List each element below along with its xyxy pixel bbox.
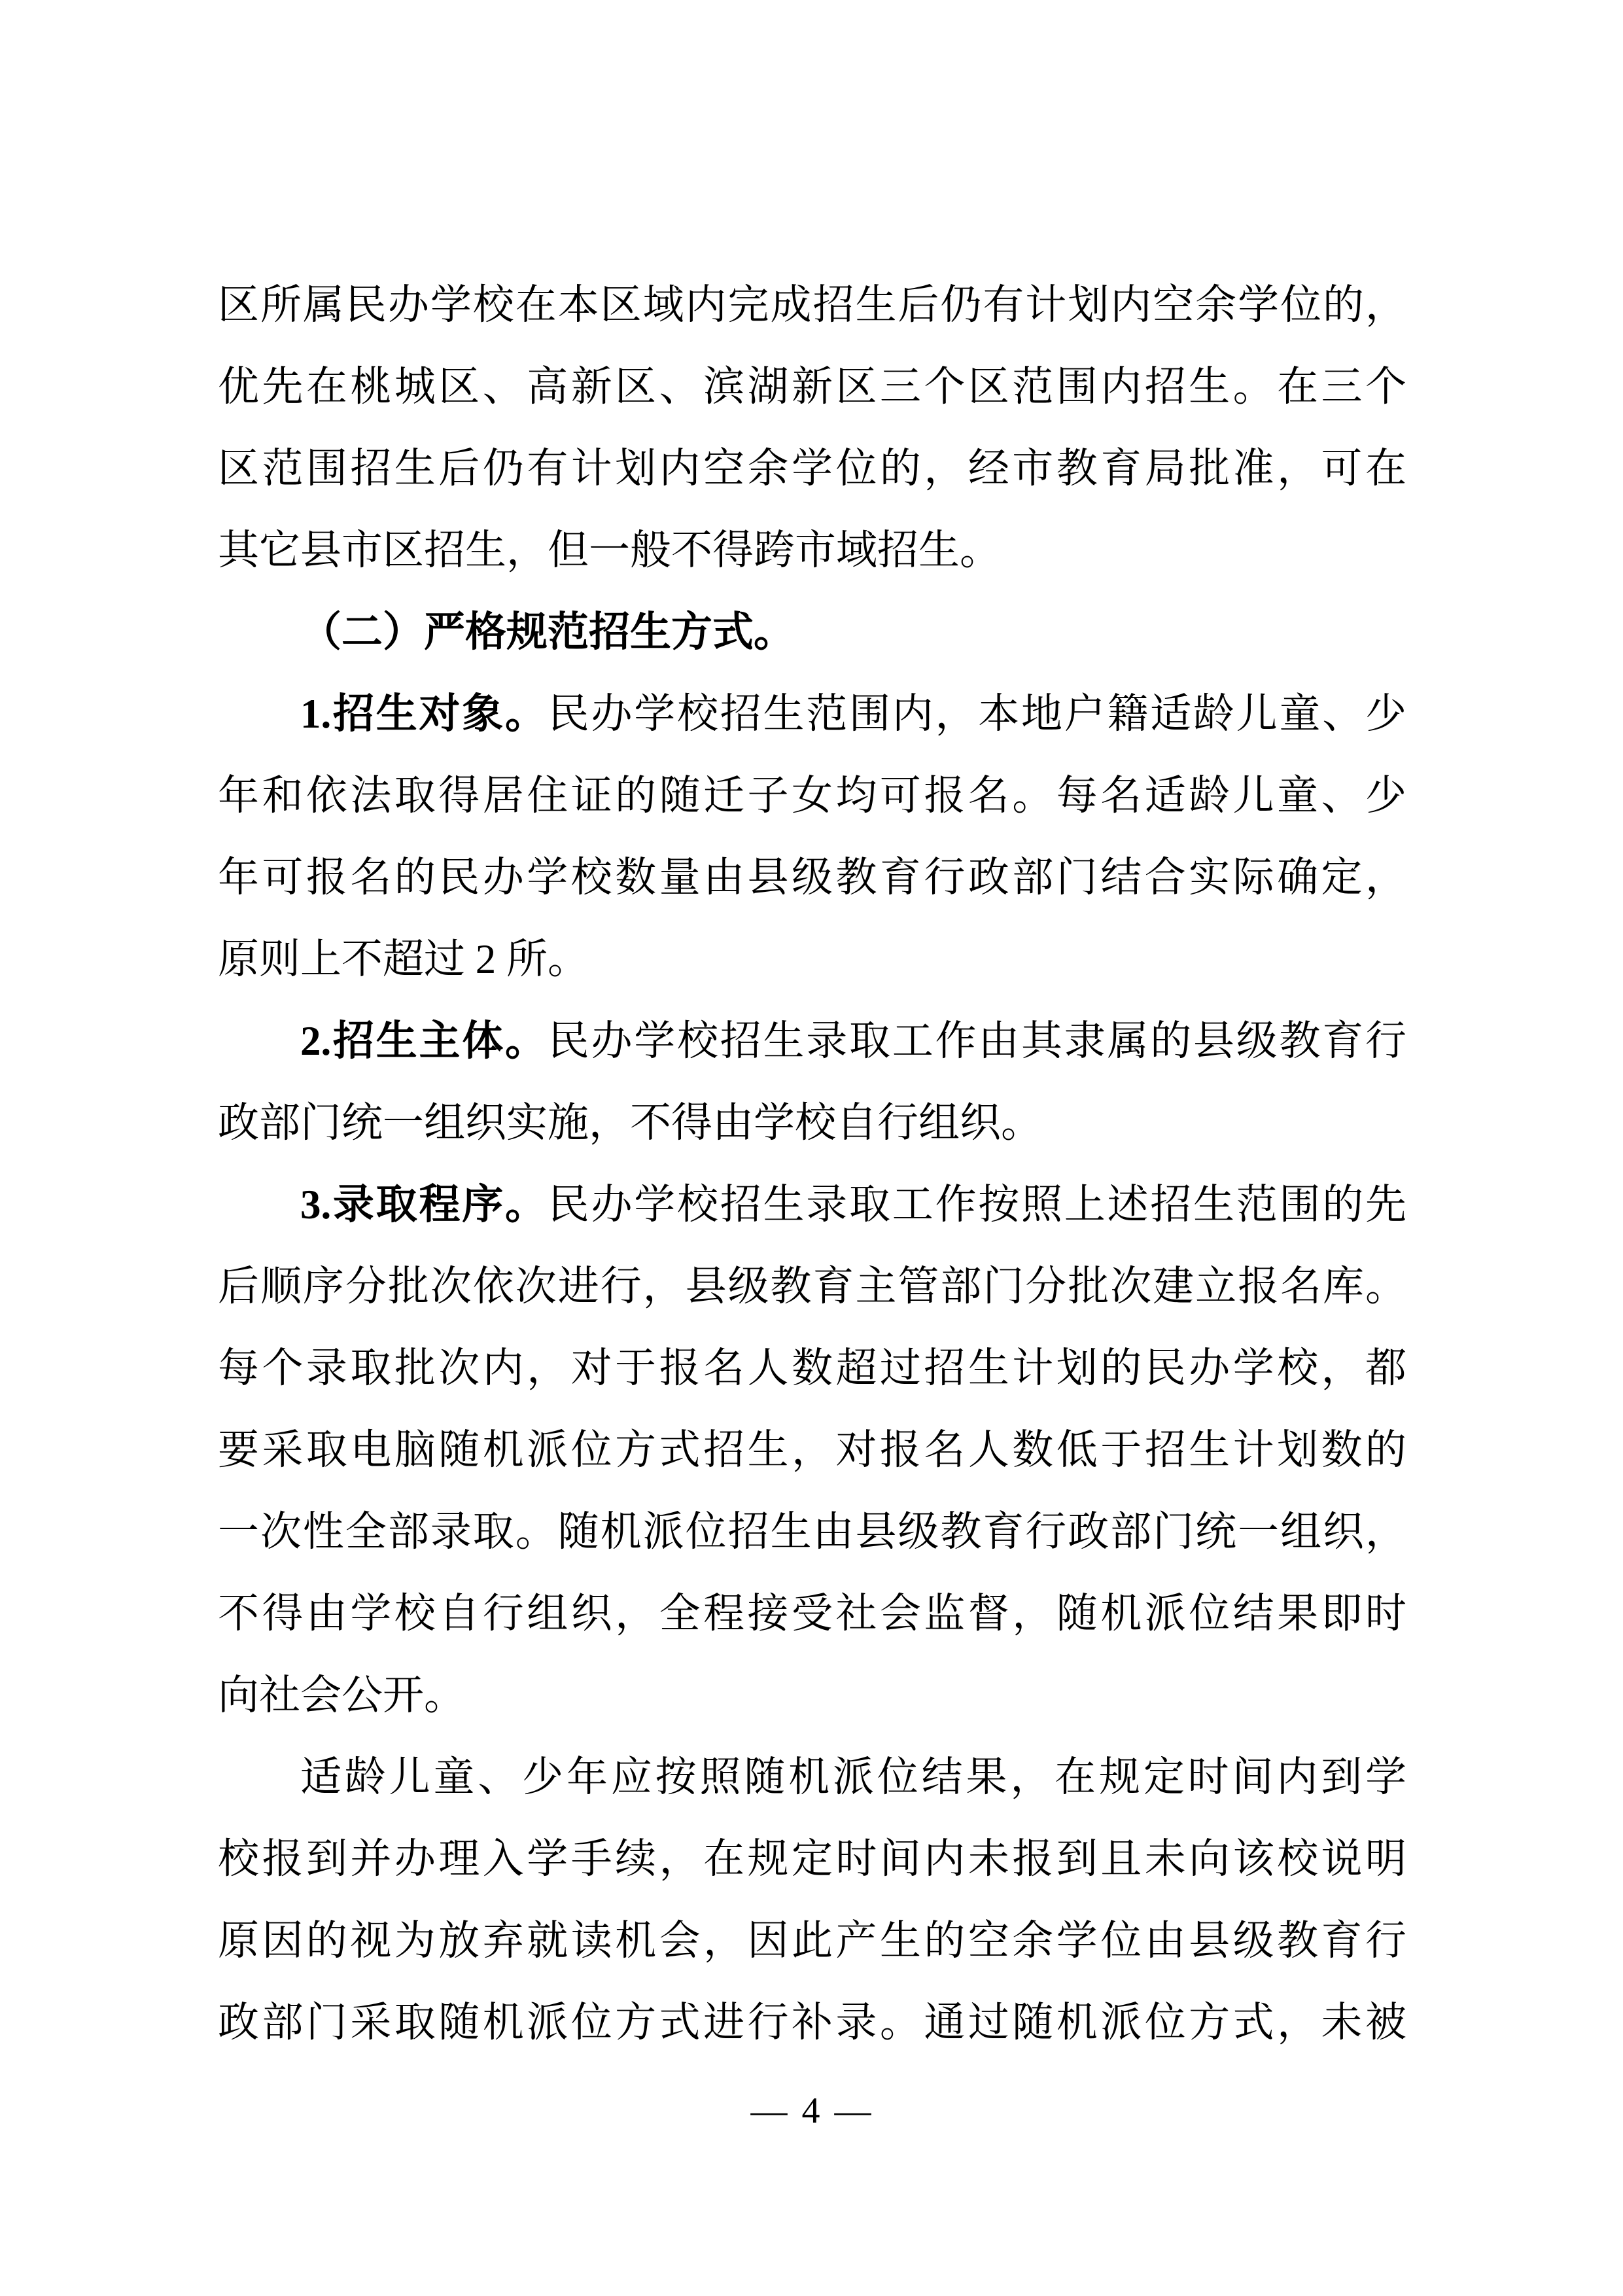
line-text: 政部门统一组织实施，不得由学校自行组织。: [218, 1100, 1042, 1146]
item-label: 3.录取程序。: [300, 1182, 548, 1227]
line-text: 区所属民办学校在本区域内完成招生后仍有计划内空余学位的，: [218, 282, 1406, 328]
page-number: — 4 —: [218, 2091, 1406, 2130]
document-body: 区所属民办学校在本区域内完成招生后仍有计划内空余学位的， 优先在桃城区、高新区、…: [218, 264, 1406, 2064]
page: 区所属民办学校在本区域内完成招生后仍有计划内空余学位的， 优先在桃城区、高新区、…: [0, 0, 1623, 2296]
document-line: 不得由学校自行组织，全程接受社会监督，随机派位结果即时: [218, 1573, 1406, 1655]
line-text: 原则上不超过 2 所。: [218, 936, 589, 982]
document-line: 年和依法取得居住证的随迁子女均可报名。每名适龄儿童、少: [218, 755, 1406, 837]
section-heading: （二）严格规范招生方式。: [218, 592, 1406, 673]
document-line: 原因的视为放弃就读机会，因此产生的空余学位由县级教育行: [218, 1900, 1406, 1982]
document-line: 每个录取批次内，对于报名人数超过招生计划的民办学校，都: [218, 1328, 1406, 1409]
document-line: 区范围招生后仍有计划内空余学位的，经市教育局批准，可在: [218, 428, 1406, 510]
document-line: 区所属民办学校在本区域内完成招生后仍有计划内空余学位的，: [218, 264, 1406, 346]
document-line: 政部门采取随机派位方式进行补录。通过随机派位方式，未被: [218, 1982, 1406, 2064]
document-line: 政部门统一组织实施，不得由学校自行组织。: [218, 1082, 1406, 1164]
document-line: 适龄儿童、少年应按照随机派位结果，在规定时间内到学: [218, 1737, 1406, 1818]
line-text: 区范围招生后仍有计划内空余学位的，经市教育局批准，可在: [218, 446, 1406, 491]
line-text: 其它县市区招生，但一般不得跨市域招生。: [218, 527, 1001, 573]
document-line: 其它县市区招生，但一般不得跨市域招生。: [218, 510, 1406, 592]
line-text: 适龄儿童、少年应按照随机派位结果，在规定时间内到学: [300, 1754, 1406, 1800]
line-text: 不得由学校自行组织，全程接受社会监督，随机派位结果即时: [218, 1591, 1406, 1636]
line-text: 民办学校招生录取工作由其隶属的县级教育行: [548, 1018, 1406, 1064]
page-number-text: — 4 —: [751, 2091, 874, 2131]
document-line: 优先在桃城区、高新区、滨湖新区三个区范围内招生。在三个: [218, 346, 1406, 428]
document-line: 1.招生对象。民办学校招生范围内，本地户籍适龄儿童、少: [218, 673, 1406, 755]
line-text: 要采取电脑随机派位方式招生，对报名人数低于招生计划数的: [218, 1427, 1406, 1473]
line-text: 优先在桃城区、高新区、滨湖新区三个区范围内招生。在三个: [218, 364, 1406, 410]
document-line: 向社会公开。: [218, 1655, 1406, 1737]
document-line: 后顺序分批次依次进行，县级教育主管部门分批次建立报名库。: [218, 1246, 1406, 1328]
document-line: 3.录取程序。民办学校招生录取工作按照上述招生范围的先: [218, 1164, 1406, 1246]
line-text: 年和依法取得居住证的随迁子女均可报名。每名适龄儿童、少: [218, 773, 1406, 819]
line-text: 政部门采取随机派位方式进行补录。通过随机派位方式，未被: [218, 2000, 1406, 2045]
document-line: 2.招生主体。民办学校招生录取工作由其隶属的县级教育行: [218, 1000, 1406, 1082]
line-text: 校报到并办理入学手续，在规定时间内未报到且未向该校说明: [218, 1836, 1406, 1882]
line-text: 向社会公开。: [218, 1672, 465, 1718]
line-text: 民办学校招生范围内，本地户籍适龄儿童、少: [548, 691, 1406, 737]
line-text: 后顺序分批次依次进行，县级教育主管部门分批次建立报名库。: [218, 1263, 1406, 1309]
line-text: 年可报名的民办学校数量由县级教育行政部门结合实际确定，: [218, 855, 1406, 900]
line-text: 一次性全部录取。随机派位招生由县级教育行政部门统一组织，: [218, 1509, 1406, 1555]
document-line: 校报到并办理入学手续，在规定时间内未报到且未向该校说明: [218, 1818, 1406, 1900]
item-label: 2.招生主体。: [300, 1018, 548, 1064]
line-text: 民办学校招生录取工作按照上述招生范围的先: [548, 1182, 1406, 1227]
document-line: 一次性全部录取。随机派位招生由县级教育行政部门统一组织，: [218, 1491, 1406, 1573]
document-line: 年可报名的民办学校数量由县级教育行政部门结合实际确定，: [218, 837, 1406, 919]
document-line: 要采取电脑随机派位方式招生，对报名人数低于招生计划数的: [218, 1409, 1406, 1491]
document-line: 原则上不超过 2 所。: [218, 919, 1406, 1000]
item-label: 1.招生对象。: [300, 691, 548, 737]
heading-text: （二）严格规范招生方式。: [300, 609, 795, 655]
line-text: 每个录取批次内，对于报名人数超过招生计划的民办学校，都: [218, 1345, 1406, 1391]
line-text: 原因的视为放弃就读机会，因此产生的空余学位由县级教育行: [218, 1918, 1406, 1964]
